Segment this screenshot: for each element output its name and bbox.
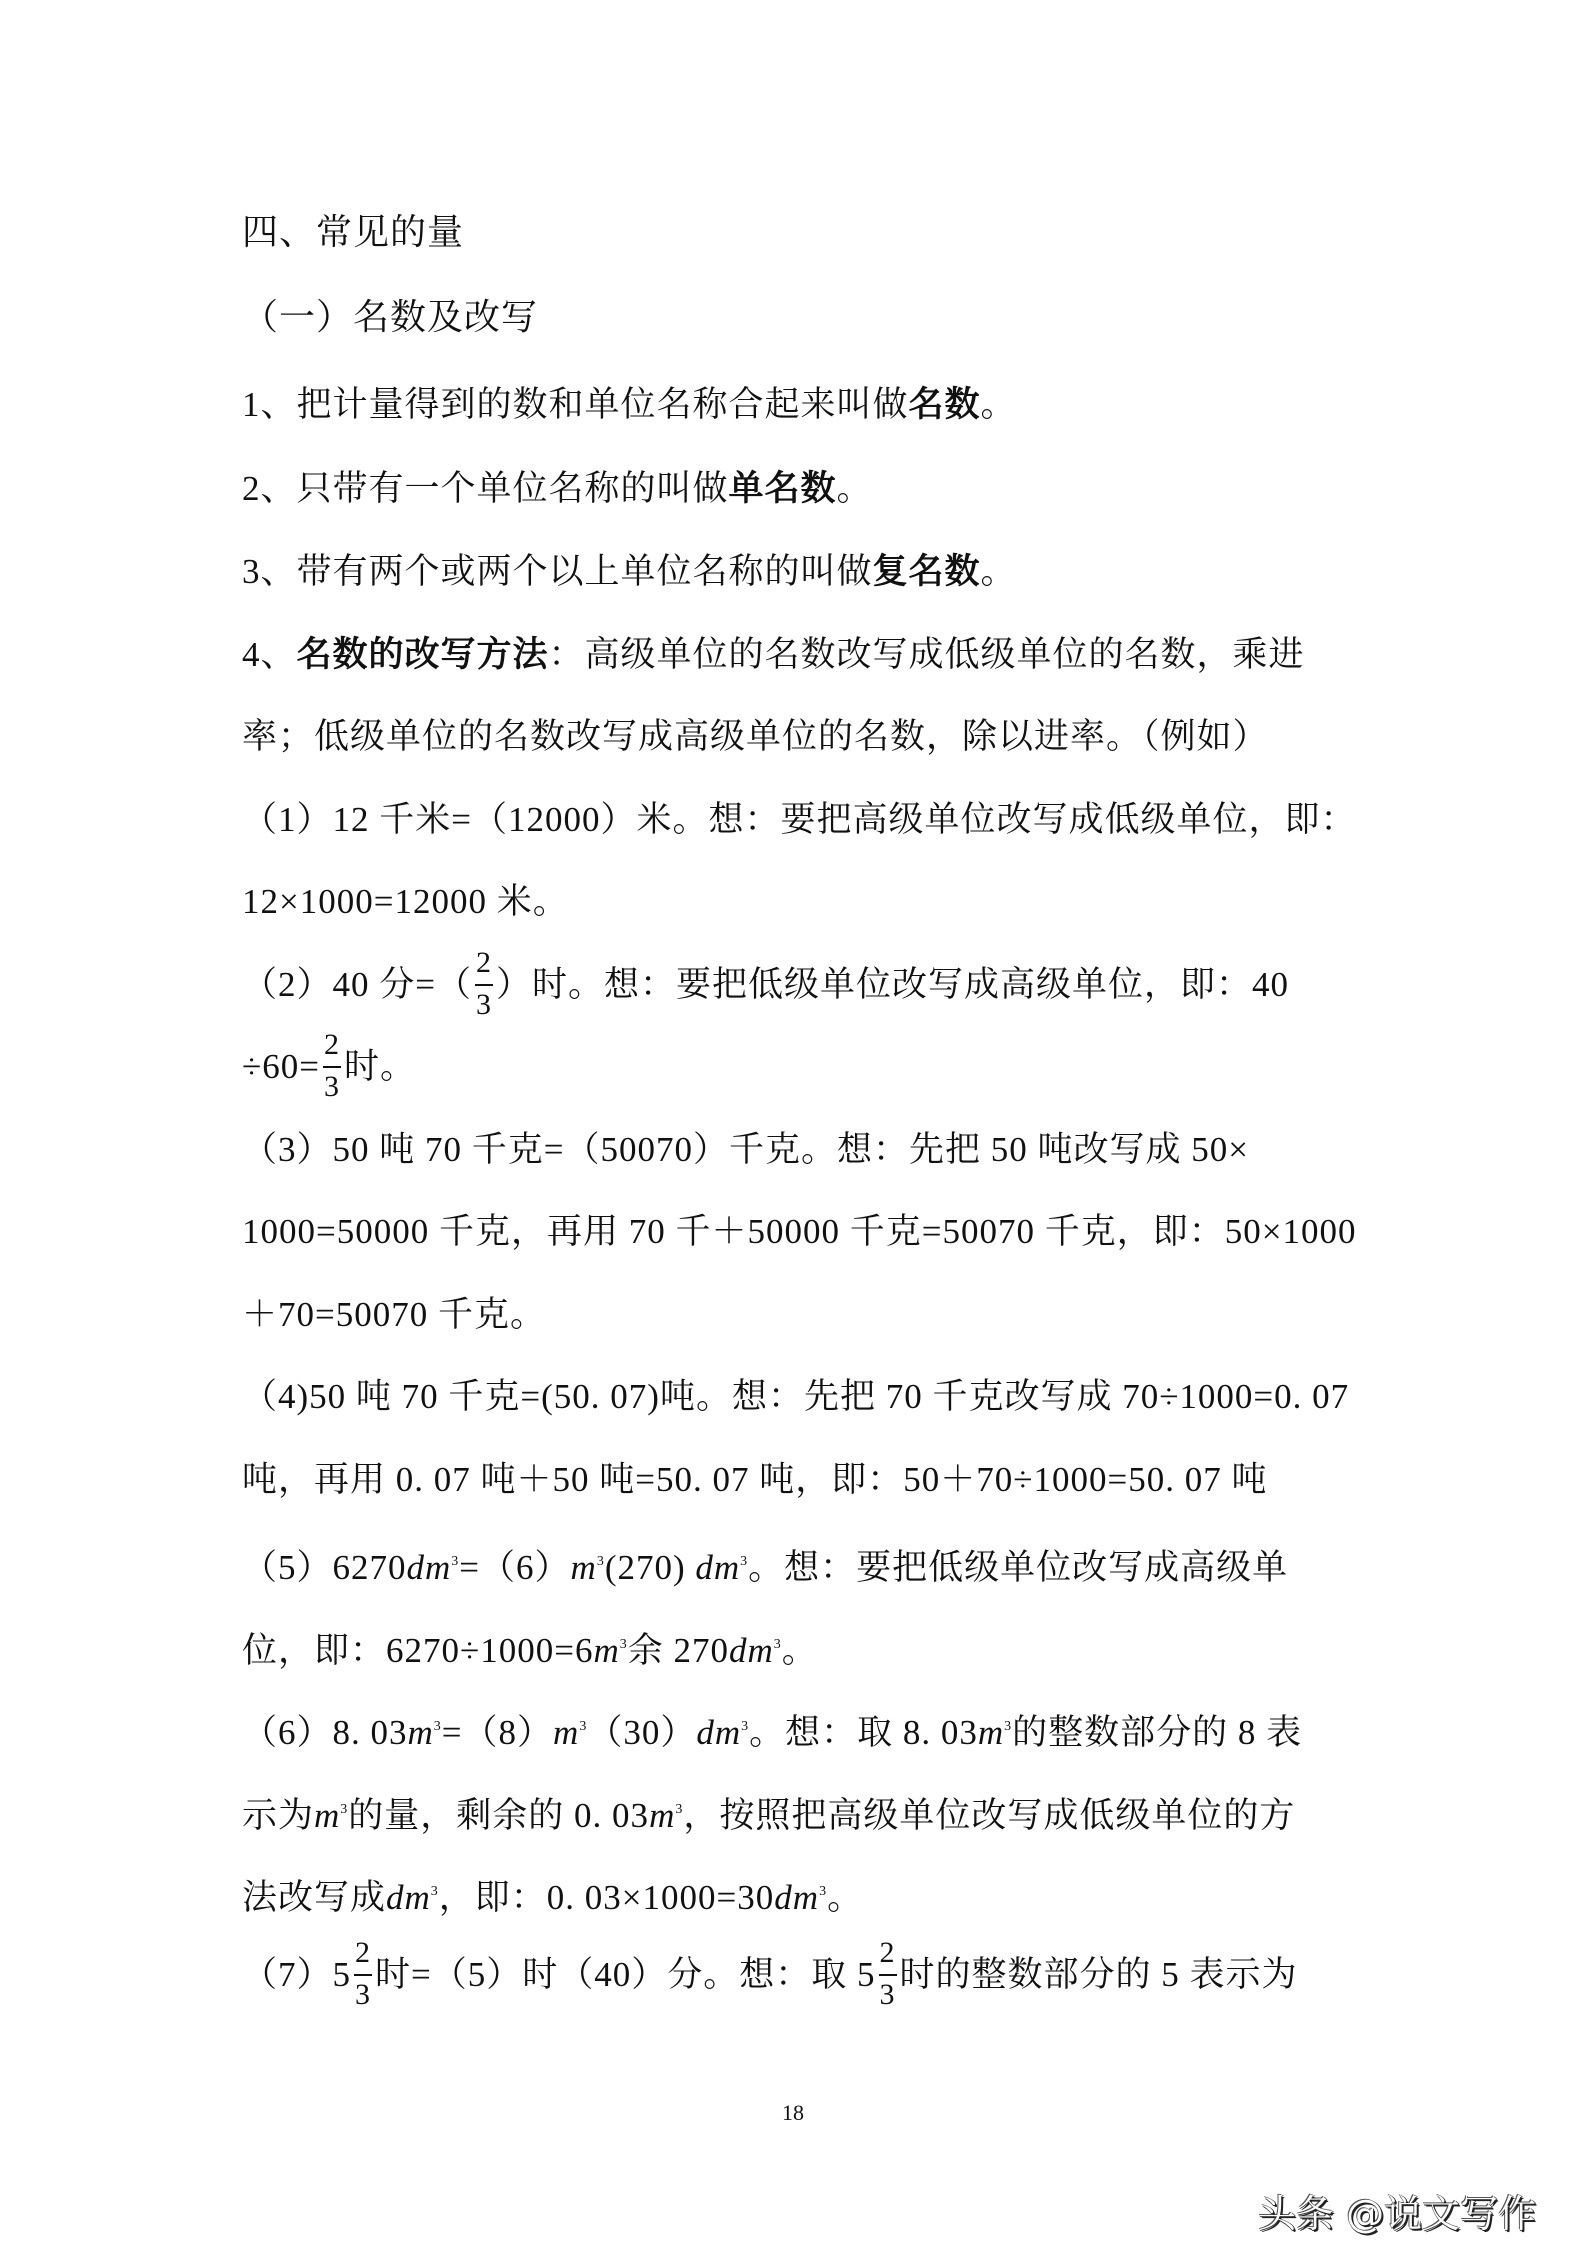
unit-m3: m3 bbox=[571, 1548, 605, 1587]
definition-item-2: 2、只带有一个单位名称的叫做单名数。 bbox=[242, 464, 873, 514]
term-danmingshu: 单名数 bbox=[729, 469, 837, 508]
example-1-line-1: （1）12 千米=（12000）米。想：要把高级单位改写成低级单位，即： bbox=[242, 795, 1357, 845]
unit-dm3: dm3 bbox=[695, 1548, 748, 1587]
fraction-two-thirds: 23 bbox=[320, 1042, 344, 1092]
example-3-line-1: （3）50 吨 70 千克=（50070）千克。想：先把 50 吨改写成 50× bbox=[242, 1125, 1249, 1175]
term-method: 名数的改写方法 bbox=[297, 635, 549, 674]
example-6-line-2: 示为m3的量，剩余的 0. 03m3，按照把高级单位改写成低级单位的方 bbox=[242, 1785, 1295, 1835]
unit-dm3: dm3 bbox=[729, 1631, 782, 1670]
definition-item-1: 1、把计量得到的数和单位名称合起来叫做名数。 bbox=[242, 380, 1017, 430]
unit-m3: m3 bbox=[553, 1713, 587, 1752]
fraction-two-thirds: 23 bbox=[876, 1950, 900, 2000]
example-1-line-2: 12×1000=12000 米。 bbox=[242, 877, 569, 927]
example-2-line-1: （2）40 分=（23）时。想：要把低级单位改写成高级单位，即：40 bbox=[242, 960, 1289, 1010]
term-mingshu: 名数 bbox=[909, 385, 981, 424]
fraction-two-thirds: 23 bbox=[472, 960, 496, 1010]
definition-item-4-cont: 率；低级单位的名数改写成高级单位的名数，除以进率。（例如） bbox=[242, 712, 1269, 762]
section-title: 四、常见的量 bbox=[242, 207, 464, 257]
unit-dm3: dm3 bbox=[407, 1548, 460, 1587]
unit-m3: m3 bbox=[408, 1713, 442, 1752]
example-5-line-2: 位，即：6270÷1000=6m3余 270dm3。 bbox=[242, 1620, 818, 1670]
page-number: 18 bbox=[782, 2100, 804, 2126]
unit-m3: m3 bbox=[314, 1796, 348, 1835]
example-6-line-1: （6）8. 03m3=（8）m3（30）dm3。想：取 8. 03m3的整数部分… bbox=[242, 1702, 1302, 1752]
definition-item-4: 4、名数的改写方法：高级单位的名数改写成低级单位的名数，乘进 bbox=[242, 630, 1305, 680]
example-2-line-2: ÷60=23时。 bbox=[242, 1042, 416, 1092]
example-6-line-3: 法改写成dm3，即：0. 03×1000=30dm3。 bbox=[242, 1867, 863, 1917]
unit-dm3: dm3 bbox=[696, 1713, 749, 1752]
unit-m3: m3 bbox=[978, 1713, 1012, 1752]
example-4-line-1: （4)50 吨 70 千克=(50. 07)吨。想：先把 70 千克改写成 70… bbox=[242, 1372, 1349, 1422]
unit-m3: m3 bbox=[649, 1796, 683, 1835]
fraction-two-thirds: 23 bbox=[351, 1950, 375, 2000]
unit-m3: m3 bbox=[593, 1631, 627, 1670]
watermark: 头条 @说文写作 bbox=[1258, 2183, 1536, 2238]
term-fumingshu: 复名数 bbox=[873, 552, 981, 591]
example-7-line-1: （7）523时=（5）时（40）分。想：取 523时的整数部分的 5 表示为 bbox=[242, 1950, 1298, 2000]
unit-dm3: dm3 bbox=[386, 1878, 439, 1917]
example-5-line-1: （5）6270dm3=（6）m3(270) dm3。想：要把低级单位改写成高级单 bbox=[242, 1537, 1288, 1587]
subsection-title: （一）名数及改写 bbox=[242, 292, 538, 342]
definition-item-3: 3、带有两个或两个以上单位名称的叫做复名数。 bbox=[242, 547, 1017, 597]
unit-dm3: dm3 bbox=[774, 1878, 827, 1917]
example-3-line-2: 1000=50000 千克，再用 70 千＋50000 千克=50070 千克，… bbox=[242, 1207, 1356, 1257]
example-4-line-2: 吨，再用 0. 07 吨＋50 吨=50. 07 吨，即：50＋70÷1000=… bbox=[242, 1455, 1267, 1505]
example-3-line-3: ＋70=50070 千克。 bbox=[242, 1290, 546, 1340]
